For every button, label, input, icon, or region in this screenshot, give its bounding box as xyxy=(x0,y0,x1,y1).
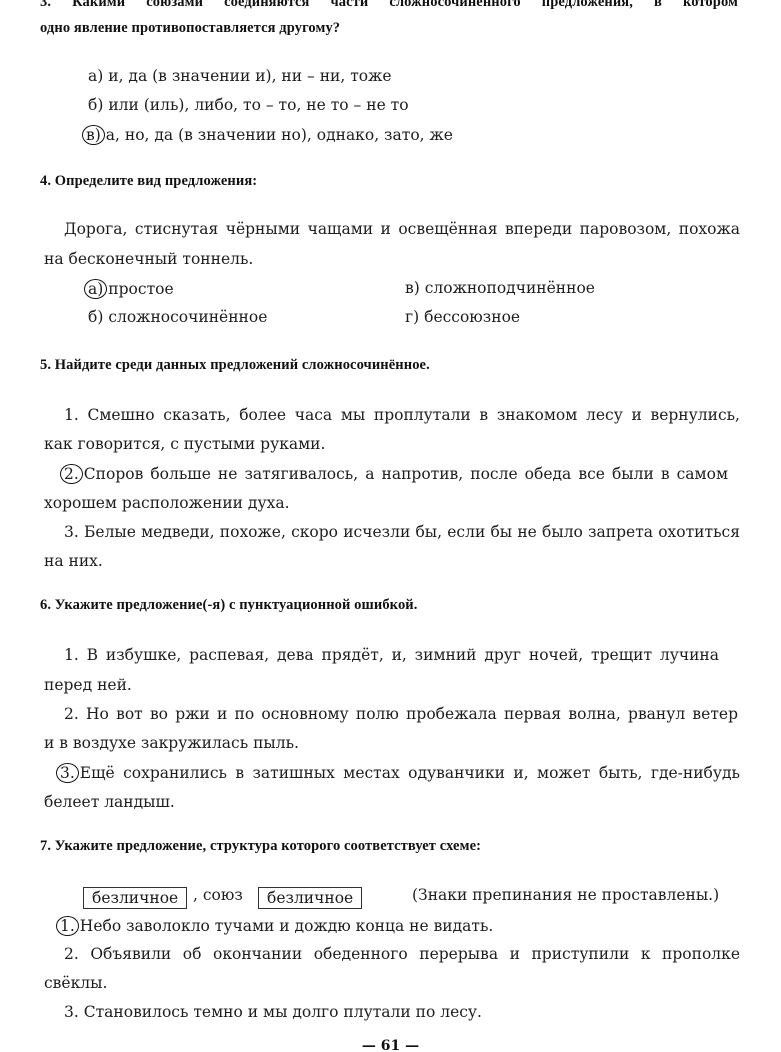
item-6-1-cont: перед ней. xyxy=(44,676,132,694)
item-6-3-selected[interactable]: 3.Ещё сохранились в затишных местах одув… xyxy=(56,763,740,783)
item-text: Споров больше не затягивалось, а напроти… xyxy=(84,465,728,483)
option-text: бессоюзное xyxy=(424,308,520,326)
option-text: простое xyxy=(108,280,173,298)
option-3a[interactable]: а) и, да (в значении и), ни – ни, тоже xyxy=(88,67,392,85)
question-5-title: 5. Найдите среди данных предложений слож… xyxy=(40,357,430,374)
question-4-sentence-cont: на бесконечный тоннель. xyxy=(44,250,253,268)
answer-circle-mark: а) xyxy=(84,279,107,299)
item-5-1-cont: как говорится, с пустыми руками. xyxy=(44,435,325,453)
item-7-2[interactable]: 2. Объявили об окончании обеденного пере… xyxy=(64,945,740,963)
item-text: Объявили об окончании обеденного перерыв… xyxy=(90,945,740,963)
item-text: В избушке, распевая, дева прядёт, и, зим… xyxy=(87,646,719,664)
option-letter: в) xyxy=(405,279,420,297)
option-4c[interactable]: в) сложноподчинённое xyxy=(405,279,595,297)
answer-circle-mark: 2. xyxy=(60,464,83,484)
item-5-3-cont: на них. xyxy=(44,552,103,570)
item-5-2-selected[interactable]: 2.Споров больше не затягивалось, а напро… xyxy=(60,464,728,484)
page-number: — 61 — xyxy=(0,1038,781,1052)
option-text: или (иль), либо, то – то, не то – не то xyxy=(108,96,408,114)
item-7-1-selected[interactable]: 1.Небо заволокло тучами и дождю конца не… xyxy=(56,916,493,936)
item-7-3[interactable]: 3. Становилось темно и мы долго плутали … xyxy=(64,1003,482,1021)
item-text: Становилось темно и мы долго плутали по … xyxy=(84,1003,482,1021)
question-4-sentence: Дорога, стиснутая чёрными чащами и освещ… xyxy=(64,220,740,238)
item-number: 3. xyxy=(64,1003,79,1021)
item-number: 2. xyxy=(64,945,79,963)
item-number: 2. xyxy=(64,705,79,723)
option-text: и, да (в значении и), ни – ни, тоже xyxy=(108,67,391,85)
item-text: Ещё сохранились в затишных местах одуван… xyxy=(80,764,740,782)
option-text: а, но, да (в значении но), однако, зато,… xyxy=(106,126,453,144)
option-text: сложноподчинённое xyxy=(425,279,595,297)
item-5-3[interactable]: 3. Белые медведи, похоже, скоро исчезли … xyxy=(64,523,740,541)
option-letter: б) xyxy=(88,308,103,326)
option-letter: г) xyxy=(405,308,419,326)
item-text: Белые медведи, похоже, скоро исчезли бы,… xyxy=(84,523,740,541)
item-6-2[interactable]: 2. Но вот во ржи и по основному полю про… xyxy=(64,705,738,723)
option-3b[interactable]: б) или (иль), либо, то – то, не то – не … xyxy=(88,96,409,114)
option-letter: а) xyxy=(88,67,103,85)
scheme-box-impersonal-2: безличное xyxy=(258,887,362,909)
scheme-note: (Знаки препинания не проставлены.) xyxy=(412,886,719,904)
item-number: 1. xyxy=(64,646,79,664)
question-3-title-cont: одно явление противопоставляется другому… xyxy=(40,20,340,37)
option-4a-selected[interactable]: а)простое xyxy=(84,279,174,299)
question-6-title: 6. Укажите предложение(-я) с пунктуацион… xyxy=(40,597,417,614)
item-6-3-cont: белеет ландыш. xyxy=(44,793,175,811)
item-number: 1. xyxy=(64,406,79,424)
answer-circle-mark: в) xyxy=(82,125,105,145)
option-3c-selected[interactable]: в)а, но, да (в значении но), однако, зат… xyxy=(82,125,453,145)
item-number: 3. xyxy=(64,523,79,541)
option-letter: б) xyxy=(88,96,103,114)
item-5-2-cont: хорошем расположении духа. xyxy=(44,494,290,512)
item-6-1[interactable]: 1. В избушке, распевая, дева прядёт, и, … xyxy=(64,646,719,664)
option-4b[interactable]: б) сложносочинённое xyxy=(88,308,267,326)
scheme-box-impersonal-1: безличное xyxy=(83,887,187,909)
item-6-2-cont: и в воздухе закружилась пыль. xyxy=(44,734,299,752)
item-text: Но вот во ржи и по основному полю пробеж… xyxy=(86,705,738,723)
option-text: сложносочинённое xyxy=(108,308,267,326)
answer-circle-mark: 1. xyxy=(56,916,79,936)
question-7-title: 7. Укажите предложение, структура которо… xyxy=(40,838,481,855)
answer-circle-mark: 3. xyxy=(56,763,79,783)
textbook-page: 3. Какими союзами соединяются части слож… xyxy=(0,0,781,1052)
item-text: Смешно сказать, более часа мы проплутали… xyxy=(87,406,740,424)
item-7-2-cont: свёклы. xyxy=(44,974,107,992)
question-4-title: 4. Определите вид предложения: xyxy=(40,173,257,190)
item-5-1[interactable]: 1. Смешно сказать, более часа мы проплут… xyxy=(64,406,740,424)
question-3-title: 3. Какими союзами соединяются части слож… xyxy=(40,0,738,11)
item-text: Небо заволокло тучами и дождю конца не в… xyxy=(80,917,494,935)
option-4d[interactable]: г) бессоюзное xyxy=(405,308,520,326)
scheme-connector: , союз xyxy=(193,886,243,904)
